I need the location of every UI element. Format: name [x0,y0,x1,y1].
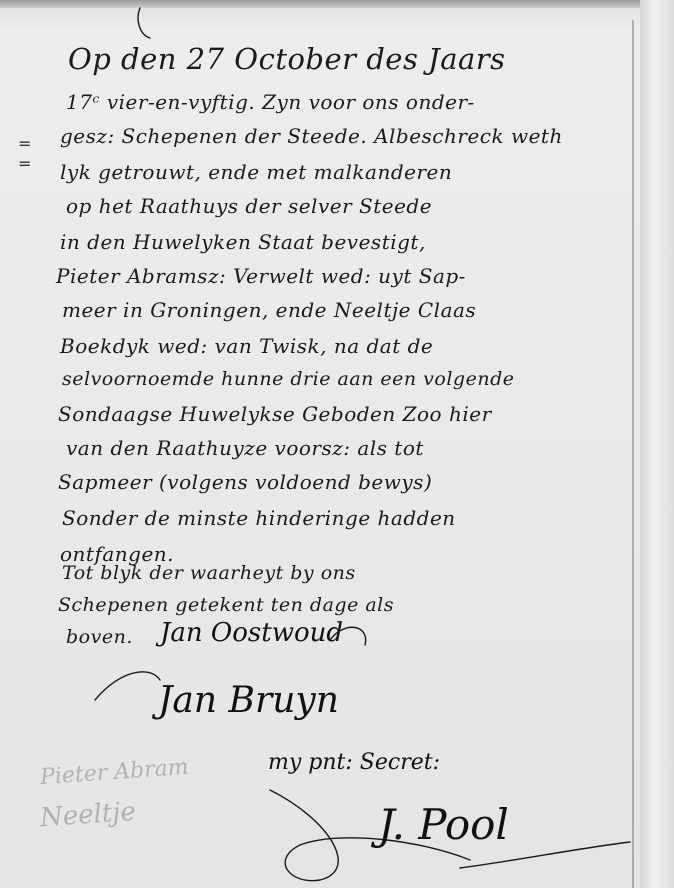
closing-line-2: Schepenen getekent ten dage als [58,594,394,616]
signature-secretary: J. Pool [378,800,509,849]
text-line-11: Sondaagse Huwelykse Geboden Zoo hier [58,402,492,426]
page-top-edge [0,0,674,8]
text-line-4: lyk getrouwt, ende met malkanderen [60,160,452,184]
bleed-through-text: Pieter Abram [39,755,189,790]
margin-rule [632,20,634,888]
text-line-8: meer in Groningen, ende Neeltje Claas [62,298,476,322]
margin-mark: = [18,134,31,153]
text-line-13: Sapmeer (volgens voldoend bewys) [58,470,432,494]
signature-jan-bruyn: Jan Bruyn [158,680,339,721]
text-line-12: van den Raathuyze voorsz: als tot [66,436,424,460]
signature-jan-oostwoud: Jan Oostwoud [160,618,343,648]
text-line-9: Boekdyk wed: van Twisk, na dat de [60,334,433,358]
text-line-10: selvoornoemde hunne drie aan een volgend… [62,368,514,390]
closing-line-1: Tot blyk der waarheyt by ons [62,562,356,584]
text-line-2: 17ᶜ vier-en-vyftig. Zyn voor ons onder- [66,90,475,114]
text-line-1: Op den 27 October des Jaars [68,42,506,76]
text-line-5: op het Raathuys der selver Steede [66,194,432,218]
page-right-edge [640,0,674,888]
text-line-3: gesz: Schepenen der Steede. Albeschreck … [60,124,563,148]
bleed-through-text: Neeltje [39,797,137,834]
margin-mark: = [18,154,31,173]
closing-line-3: boven. [66,626,133,648]
document-page: Pieter Abram Neeltje = = Op den 27 Octob… [0,0,674,888]
text-line-7: Pieter Abramsz: Verwelt wed: uyt Sap- [56,264,466,288]
text-line-6: in den Huwelyken Staat bevestigt, [60,230,426,254]
secretary-label: my pnt: Secret: [268,750,440,775]
text-line-14: Sonder de minste hinderinge hadden [62,506,456,530]
